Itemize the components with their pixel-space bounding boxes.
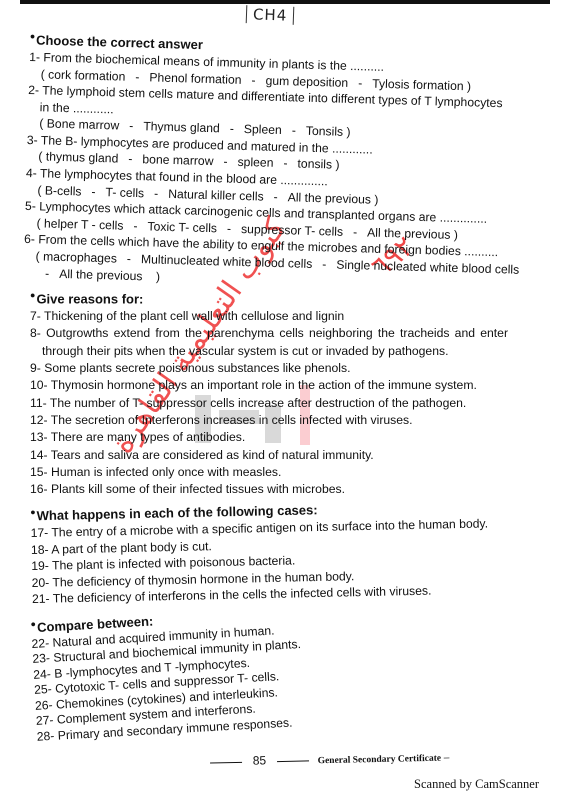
scanner-watermark: Scanned by CamScanner: [414, 777, 539, 792]
list-item: 11- The number of T- suppressor cells in…: [30, 395, 500, 412]
section-compare: ●Compare between: 22- Natural and acquir…: [30, 590, 506, 745]
list-item: 9- Some plants secrete poisonous substan…: [30, 360, 500, 377]
worksheet-page: ●Choose the correct answer 1- From the b…: [30, 22, 500, 746]
list-item: 14- Tears and saliva are considered as k…: [30, 447, 500, 464]
certificate-label: General Secondary Certificate: [318, 754, 442, 767]
list-item: 7- Thickening of the plant cell wall wit…: [30, 308, 500, 325]
list-item: 13- There are many types of antibodies.: [30, 429, 500, 446]
page-footer: 85 General Secondary Certificate –: [210, 749, 450, 768]
list-item: 15- Human is infected only once with mea…: [30, 464, 500, 481]
section-give-reasons: ●Give reasons for: 7- Thickening of the …: [30, 287, 500, 498]
footer-rule: [210, 762, 242, 764]
list-item: 12- The secretion of Interferons increas…: [30, 412, 500, 429]
list-item: 10- Thymosin hormone plays an important …: [30, 377, 500, 394]
section-choose: ●Choose the correct answer 1- From the b…: [23, 28, 500, 294]
scan-top-border: [20, 0, 550, 4]
footer-rule: [277, 760, 309, 762]
page-number: 85: [253, 753, 267, 767]
list-item: 8- Outgrowths extend from the parenchyma…: [30, 325, 508, 360]
section-what-happens: ●What happens in each of the following c…: [30, 495, 502, 609]
